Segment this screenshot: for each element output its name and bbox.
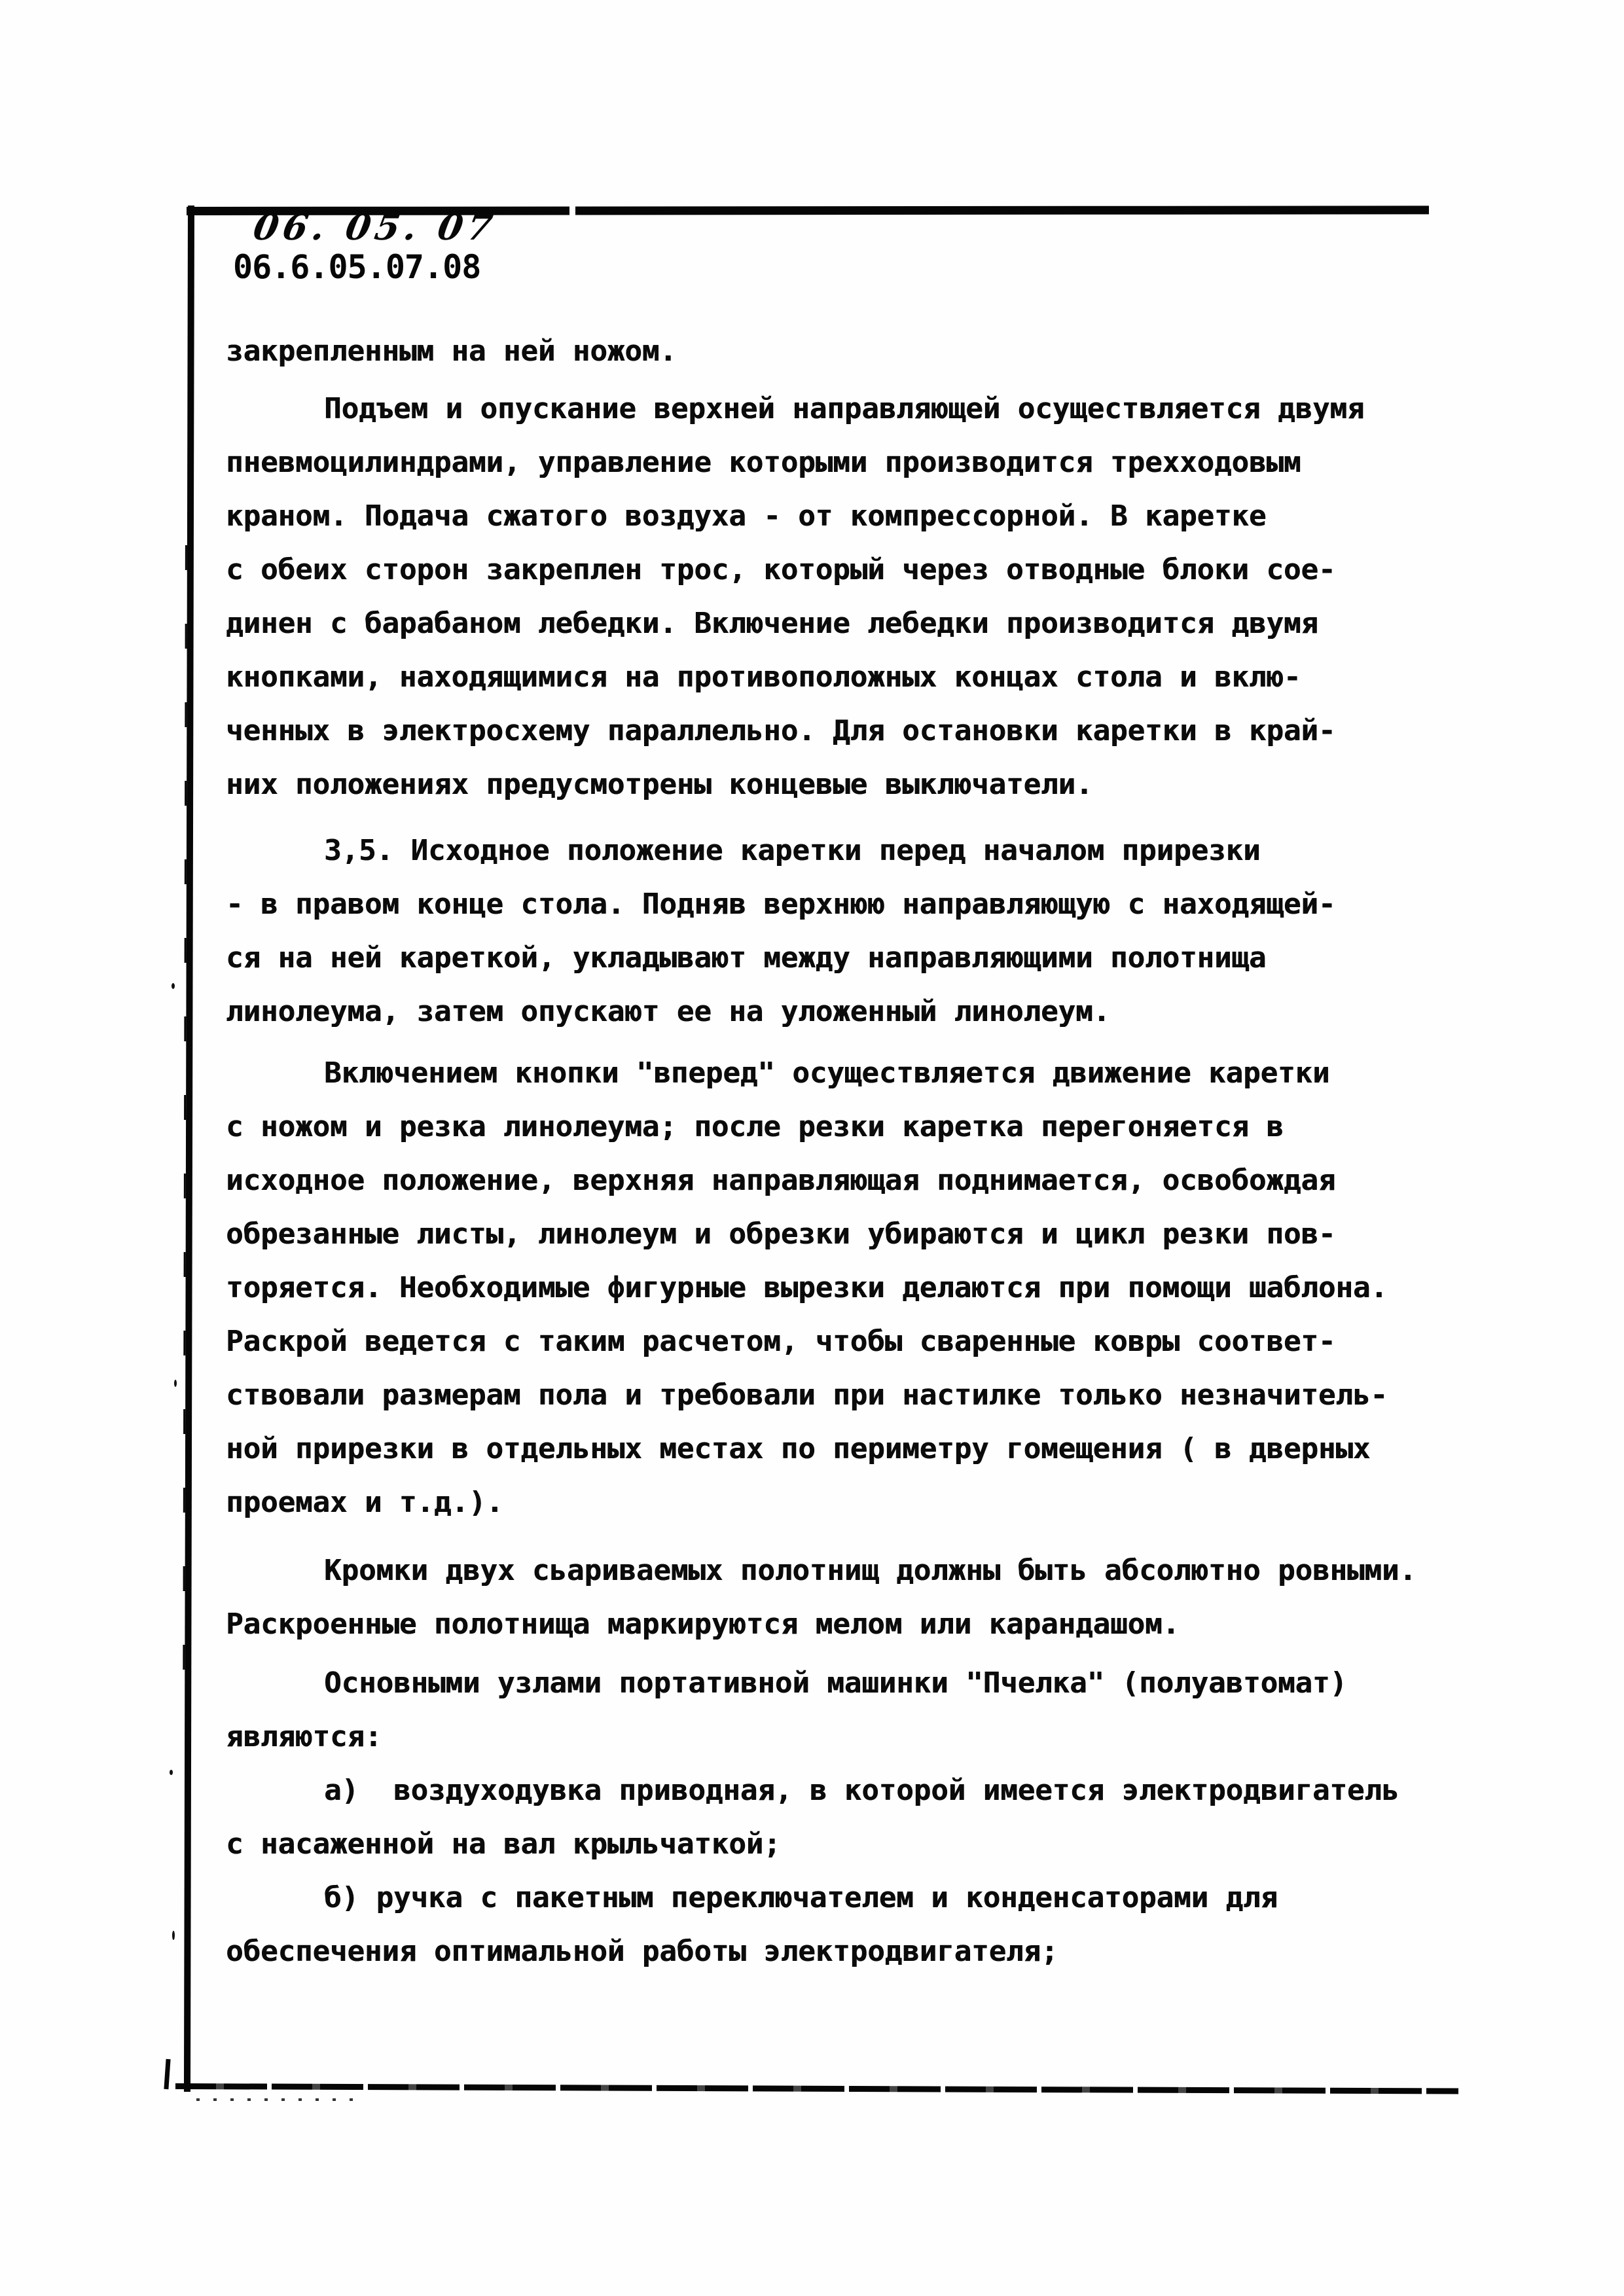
text-line: обеспечения оптимальной работы электродв… [226, 1925, 1509, 1979]
paragraph: б) ручка с пакетным переключателем и кон… [226, 1871, 1509, 1979]
text-line: являются: [226, 1710, 1509, 1764]
text-line: торяется. Необходимые фигурные вырезки д… [226, 1261, 1509, 1315]
text-line: - в правом конце стола. Подняв верхнюю н… [226, 878, 1509, 931]
text-line: ся на ней кареткой, укладывают между нап… [226, 931, 1509, 985]
paragraph: Включением кнопки "вперед" осуществляетс… [226, 1047, 1509, 1530]
text-line: обрезанные листы, линолеум и обрезки уби… [226, 1208, 1509, 1261]
text-line: с насаженной на вал крыльчаткой; [226, 1818, 1509, 1871]
text-line: исходное положение, верхняя направляющая… [226, 1154, 1509, 1208]
paragraph: Кромки двух сьариваемых полотнищ должны … [226, 1544, 1509, 1651]
text-line: а) воздуходувка приводная, в которой име… [226, 1764, 1509, 1818]
bottom-left-tick [164, 2059, 170, 2089]
document-body: закрепленным на ней ножом.Подъем и опуск… [226, 325, 1509, 1979]
text-line: Раскрой ведется с таким расчетом, чтобы … [226, 1315, 1509, 1369]
left-border-rule [184, 206, 194, 2092]
text-line: ченных в электросхему параллельно. Для о… [226, 704, 1509, 758]
text-line: Кромки двух сьариваемых полотнищ должны … [226, 1544, 1509, 1598]
text-line: закрепленным на ней ножом. [226, 325, 1509, 378]
text-line: Основными узлами портативной машинки "Пч… [226, 1657, 1509, 1710]
text-line: проемах и т.д.). [226, 1476, 1509, 1530]
scan-speck [171, 983, 175, 989]
text-line: 3,5. Исходное положение каретки перед на… [226, 824, 1509, 878]
text-line: Включением кнопки "вперед" осуществляетс… [226, 1047, 1509, 1100]
text-line: них положениях предусмотрены концевые вы… [226, 758, 1509, 812]
text-line: динен с барабаном лебедки. Включение леб… [226, 597, 1509, 651]
paragraph: закрепленным на ней ножом. [226, 325, 1509, 378]
scan-speck [174, 1380, 177, 1387]
paragraph: Подъем и опускание верхней направляющей … [226, 382, 1509, 812]
text-line: кнопками, находящимися на противоположны… [226, 651, 1509, 704]
text-line: ствовали размерам пола и требовали при н… [226, 1369, 1509, 1422]
paragraph: 3,5. Исходное положение каретки перед на… [226, 824, 1509, 1039]
handwritten-document-code: 06. 05. 07 [251, 208, 500, 246]
typed-document-code: 06.6.05.07.08 [233, 249, 480, 285]
text-line: с обеих сторон закреплен трос, который ч… [226, 543, 1509, 597]
text-line: Раскроенные полотнища маркируются мелом … [226, 1598, 1509, 1651]
scan-dot-trail [196, 2098, 367, 2101]
paragraph: а) воздуходувка приводная, в которой име… [226, 1764, 1509, 1871]
text-line: линолеума, затем опускают ее на уложенны… [226, 985, 1509, 1039]
scan-speck [172, 1931, 175, 1940]
paragraph: Основными узлами портативной машинки "Пч… [226, 1657, 1509, 1764]
text-line: Подъем и опускание верхней направляющей … [226, 382, 1509, 436]
scan-speck [170, 1770, 173, 1775]
text-line: б) ручка с пакетным переключателем и кон… [226, 1871, 1509, 1925]
text-line: краном. Подача сжатого воздуха - от комп… [226, 490, 1509, 543]
bottom-border-rule [175, 2083, 1458, 2094]
text-line: с ножом и резка линолеума; после резки к… [226, 1100, 1509, 1154]
text-line: ной прирезки в отдельных местах по перим… [226, 1422, 1509, 1476]
text-line: пневмоцилиндрами, управление которыми пр… [226, 436, 1509, 490]
